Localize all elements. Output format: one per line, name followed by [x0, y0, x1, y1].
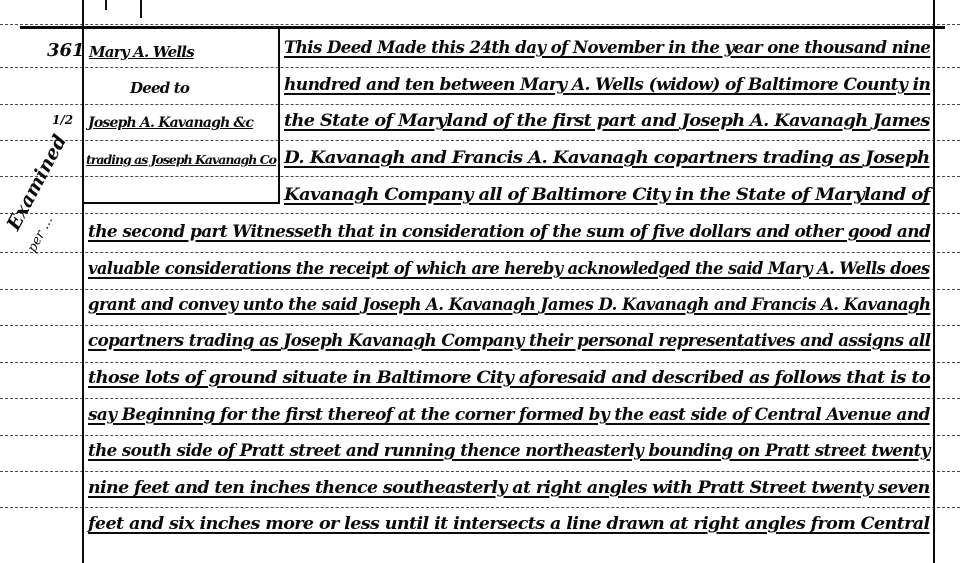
deed-text-line: say Beginning for the first thereof at t…	[88, 405, 930, 425]
margin-annotation: Examined	[3, 131, 72, 234]
entry-sub-number: 1/2	[52, 113, 73, 127]
deed-text-line: those lots of ground situate in Baltimor…	[88, 368, 930, 388]
index-relation: Deed to	[130, 79, 189, 97]
right-margin-line	[933, 0, 935, 563]
ruled-line	[0, 176, 960, 177]
ruled-line	[0, 362, 960, 363]
ruled-line	[0, 435, 960, 436]
deed-text-line: hundred and ten between Mary A. Wells (w…	[284, 75, 930, 95]
deed-text-line: Kavanagh Company all of Baltimore City i…	[284, 185, 930, 205]
deed-text-line: D. Kavanagh and Francis A. Kavanagh copa…	[284, 148, 929, 168]
deed-text-line: the second part Witnesseth that in consi…	[88, 222, 930, 242]
index-grantor: Mary A. Wells	[89, 43, 194, 61]
deed-text-line: the south side of Pratt street and runni…	[88, 441, 930, 461]
index-box-bottom-line	[84, 202, 280, 204]
index-box-right-line	[278, 28, 280, 204]
ruled-line	[0, 213, 960, 214]
ruled-line	[0, 140, 960, 141]
deed-text-line: grant and convey unto the said Joseph A.…	[88, 295, 930, 315]
ruled-line	[0, 289, 960, 290]
deed-ledger-page: 361 1/2 Mary A. Wells Deed to Joseph A. …	[0, 0, 960, 563]
top-border-line	[20, 26, 945, 29]
ruled-line	[0, 67, 960, 68]
deed-text-line: feet and six inches more or less until i…	[88, 514, 930, 534]
index-grantee-line1: Joseph A. Kavanagh &c	[88, 115, 253, 131]
ruled-line	[0, 325, 960, 326]
entry-number: 361	[47, 40, 85, 61]
deed-text-line: This Deed Made this 24th day of November…	[284, 38, 930, 58]
deed-text-line: valuable considerations the receipt of w…	[88, 259, 930, 279]
index-grantee-line2: trading as Joseph Kavanagh Co	[86, 152, 276, 167]
deed-text-line: nine feet and ten inches thence southeas…	[88, 478, 930, 498]
ruled-line	[0, 398, 960, 399]
deed-text-line: copartners trading as Joseph Kavanagh Co…	[88, 331, 930, 351]
left-margin-line	[82, 0, 84, 563]
ruled-line	[0, 104, 960, 105]
ruled-line	[0, 507, 960, 508]
ruled-line	[0, 471, 960, 472]
top-tick-mark-2	[105, 0, 107, 10]
ruled-line	[0, 24, 960, 25]
ruled-line	[0, 252, 960, 253]
deed-text-line: the State of Maryland of the first part …	[284, 111, 930, 131]
top-tick-mark	[140, 0, 142, 18]
